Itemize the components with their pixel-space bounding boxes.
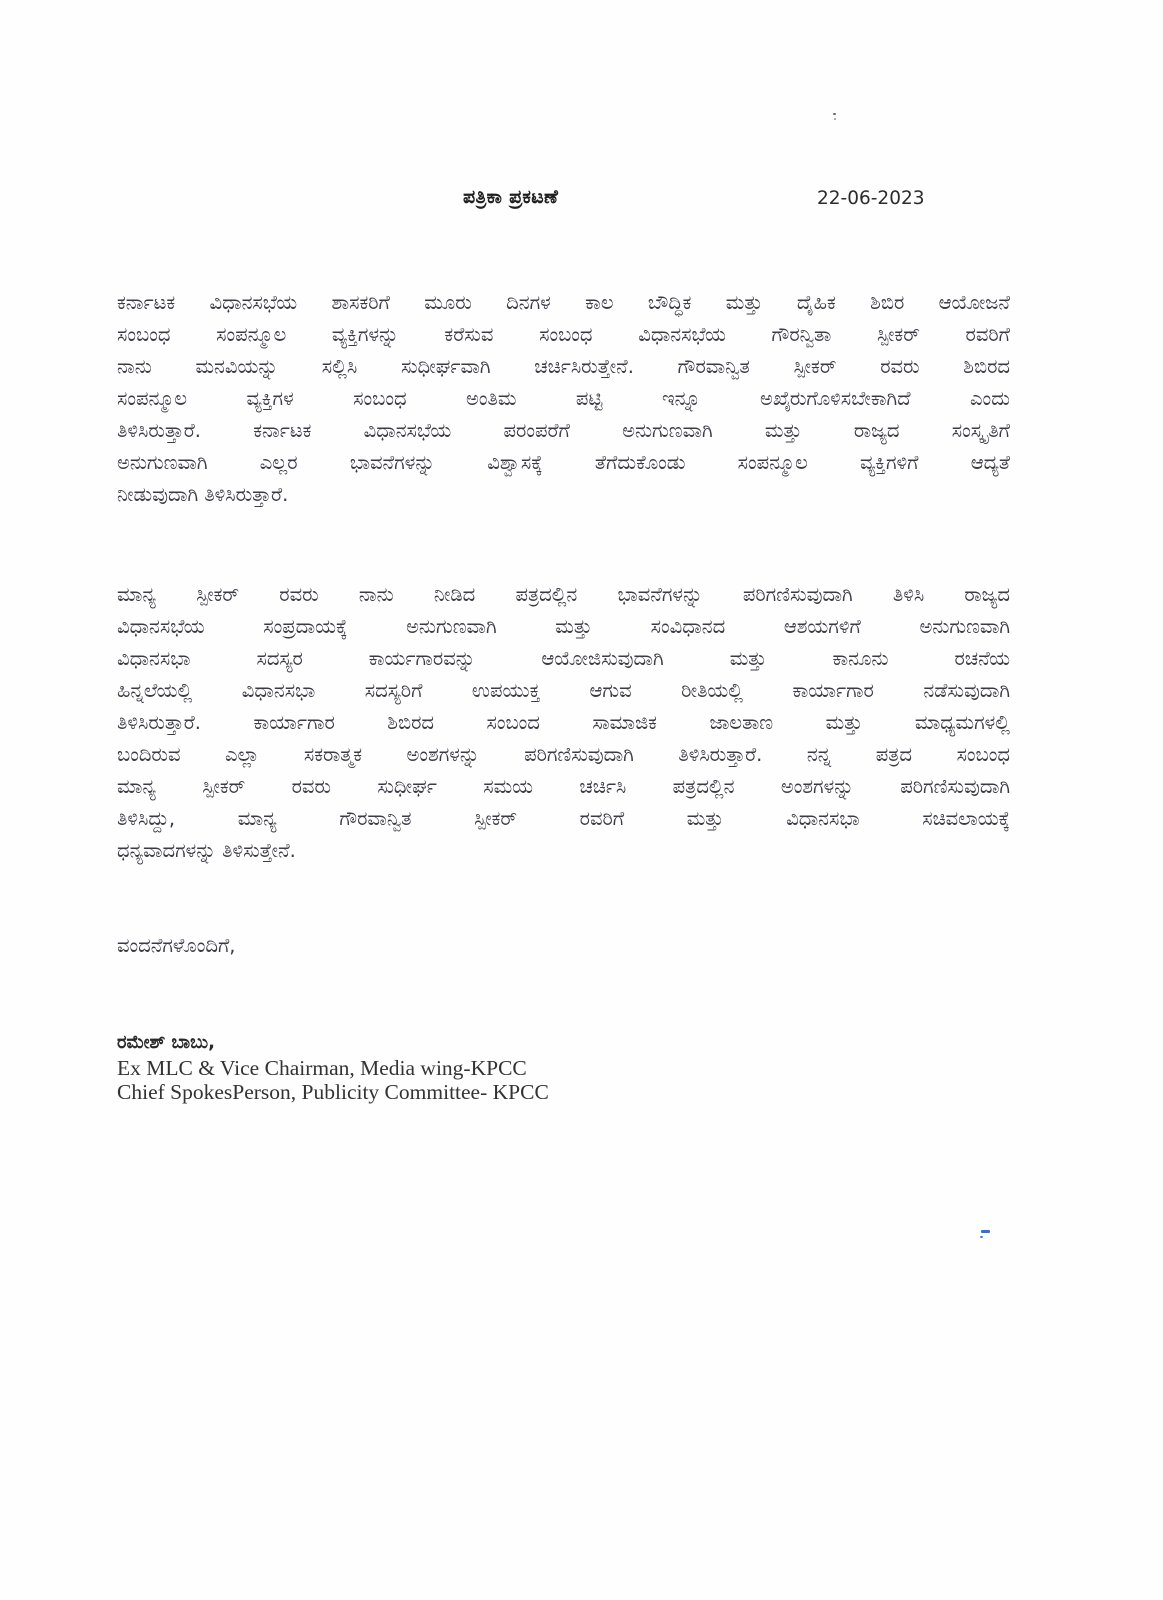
paragraph-line: ತಿಳಿಸಿರುತ್ತಾರೆ. ಕಾರ್ಯಾಗಾರ ಶಿಬಿರದ ಸಂಬಂದ ಸ… xyxy=(117,707,1010,739)
document-date: 22-06-2023 xyxy=(817,188,925,209)
paragraph-line: ಸಂಬಂಧ ಸಂಪನ್ಮೂಲ ವ್ಯಕ್ತಿಗಳನ್ನು ಕರೆಸುವ ಸಂಬಂ… xyxy=(117,319,1010,351)
paragraph-line: ವಿಧಾನಸಭೆಯ ಸಂಪ್ರದಾಯಕ್ಕೆ ಅನುಗುಣವಾಗಿ ಮತ್ತು … xyxy=(117,611,1010,643)
paragraph-line: ವಿಧಾನಸಭಾ ಸದಸ್ಯರ ಕಾರ್ಯಗಾರವನ್ನು ಆಯೋಜಿಸುವುದ… xyxy=(117,643,1010,675)
paragraph-line: ಮಾನ್ಯ ಸ್ಪೀಕರ್ ರವರು ನಾನು ನೀಡಿದ ಪತ್ರದಲ್ಲಿನ… xyxy=(117,579,1010,611)
body-paragraph-1: ಕರ್ನಾಟಕ ವಿಧಾನಸಭೆಯ ಶಾಸಕರಿಗೆ ಮೂರು ದಿನಗಳ ಕಾ… xyxy=(117,287,1010,511)
paragraph-line: ಸಂಪನ್ಮೂಲ ವ್ಯಕ್ತಿಗಳ ಸಂಬಂಧ ಅಂತಿಮ ಪಟ್ಟಿ ಇನ್… xyxy=(117,383,1010,415)
scan-speck xyxy=(833,113,836,115)
ink-mark xyxy=(980,1236,983,1238)
signatory-designation: Chief SpokesPerson, Publicity Committee-… xyxy=(117,1080,549,1104)
paragraph-line: ತಿಳಿಸಿದ್ದು, ಮಾನ್ಯ ಗೌರವಾನ್ವಿತ ಸ್ಪೀಕರ್ ರವರ… xyxy=(117,803,1010,835)
signatory-name: ರಮೇಶ್ ಬಾಬು, xyxy=(117,1030,549,1056)
document-header: ಪತ್ರಿಕಾ ಪ್ರಕಟಣೆ 22-06-2023 xyxy=(0,186,1163,216)
closing-salutation: ವಂದನೆಗಳೊಂದಿಗೆ, xyxy=(117,934,236,957)
paragraph-line: ಅನುಗುಣವಾಗಿ ಎಲ್ಲರ ಭಾವನೆಗಳನ್ನು ವಿಶ್ವಾಸಕ್ಕೆ… xyxy=(117,447,1010,479)
paragraph-line: ತಿಳಿಸಿರುತ್ತಾರೆ. ಕರ್ನಾಟಕ ವಿಧಾನಸಭೆಯ ಪರಂಪರೆ… xyxy=(117,415,1010,447)
signature-block: ರಮೇಶ್ ಬಾಬು, Ex MLC & Vice Chairman, Medi… xyxy=(117,1030,549,1104)
paragraph-line: ಕರ್ನಾಟಕ ವಿಧಾನಸಭೆಯ ಶಾಸಕರಿಗೆ ಮೂರು ದಿನಗಳ ಕಾ… xyxy=(117,287,1010,319)
paragraph-line: ಬಂದಿರುವ ಎಲ್ಲಾ ಸಕರಾತ್ಮಕ ಅಂಶಗಳನ್ನು ಪರಿಗಣಿಸ… xyxy=(117,739,1010,771)
paragraph-line: ನೀಡುವುದಾಗಿ ತಿಳಿಸಿರುತ್ತಾರೆ. xyxy=(117,479,1010,511)
ink-mark xyxy=(981,1230,990,1233)
signatory-designation: Ex MLC & Vice Chairman, Media wing-KPCC xyxy=(117,1056,549,1080)
press-release-page: ಪತ್ರಿಕಾ ಪ್ರಕಟಣೆ 22-06-2023 ಕರ್ನಾಟಕ ವಿಧಾನ… xyxy=(0,0,1163,1600)
document-title: ಪತ್ರಿಕಾ ಪ್ರಕಟಣೆ xyxy=(463,186,558,208)
paragraph-line: ಹಿನ್ನಲೆಯಲ್ಲಿ ವಿಧಾನಸಭಾ ಸದಸ್ಯರಿಗೆ ಉಪಯುಕ್ತ … xyxy=(117,675,1010,707)
body-paragraph-2: ಮಾನ್ಯ ಸ್ಪೀಕರ್ ರವರು ನಾನು ನೀಡಿದ ಪತ್ರದಲ್ಲಿನ… xyxy=(117,579,1010,867)
paragraph-line: ಧನ್ಯವಾದಗಳನ್ನು ತಿಳಿಸುತ್ತೇನೆ. xyxy=(117,835,1010,867)
paragraph-line: ಮಾನ್ಯ ಸ್ಪೀಕರ್ ರವರು ಸುಧೀರ್ಘ ಸಮಯ ಚರ್ಚಿಸಿ ಪ… xyxy=(117,771,1010,803)
scan-speck xyxy=(834,118,836,120)
paragraph-line: ನಾನು ಮನವಿಯನ್ನು ಸಲ್ಲಿಸಿ ಸುಧೀರ್ಘವಾಗಿ ಚರ್ಚಿ… xyxy=(117,351,1010,383)
